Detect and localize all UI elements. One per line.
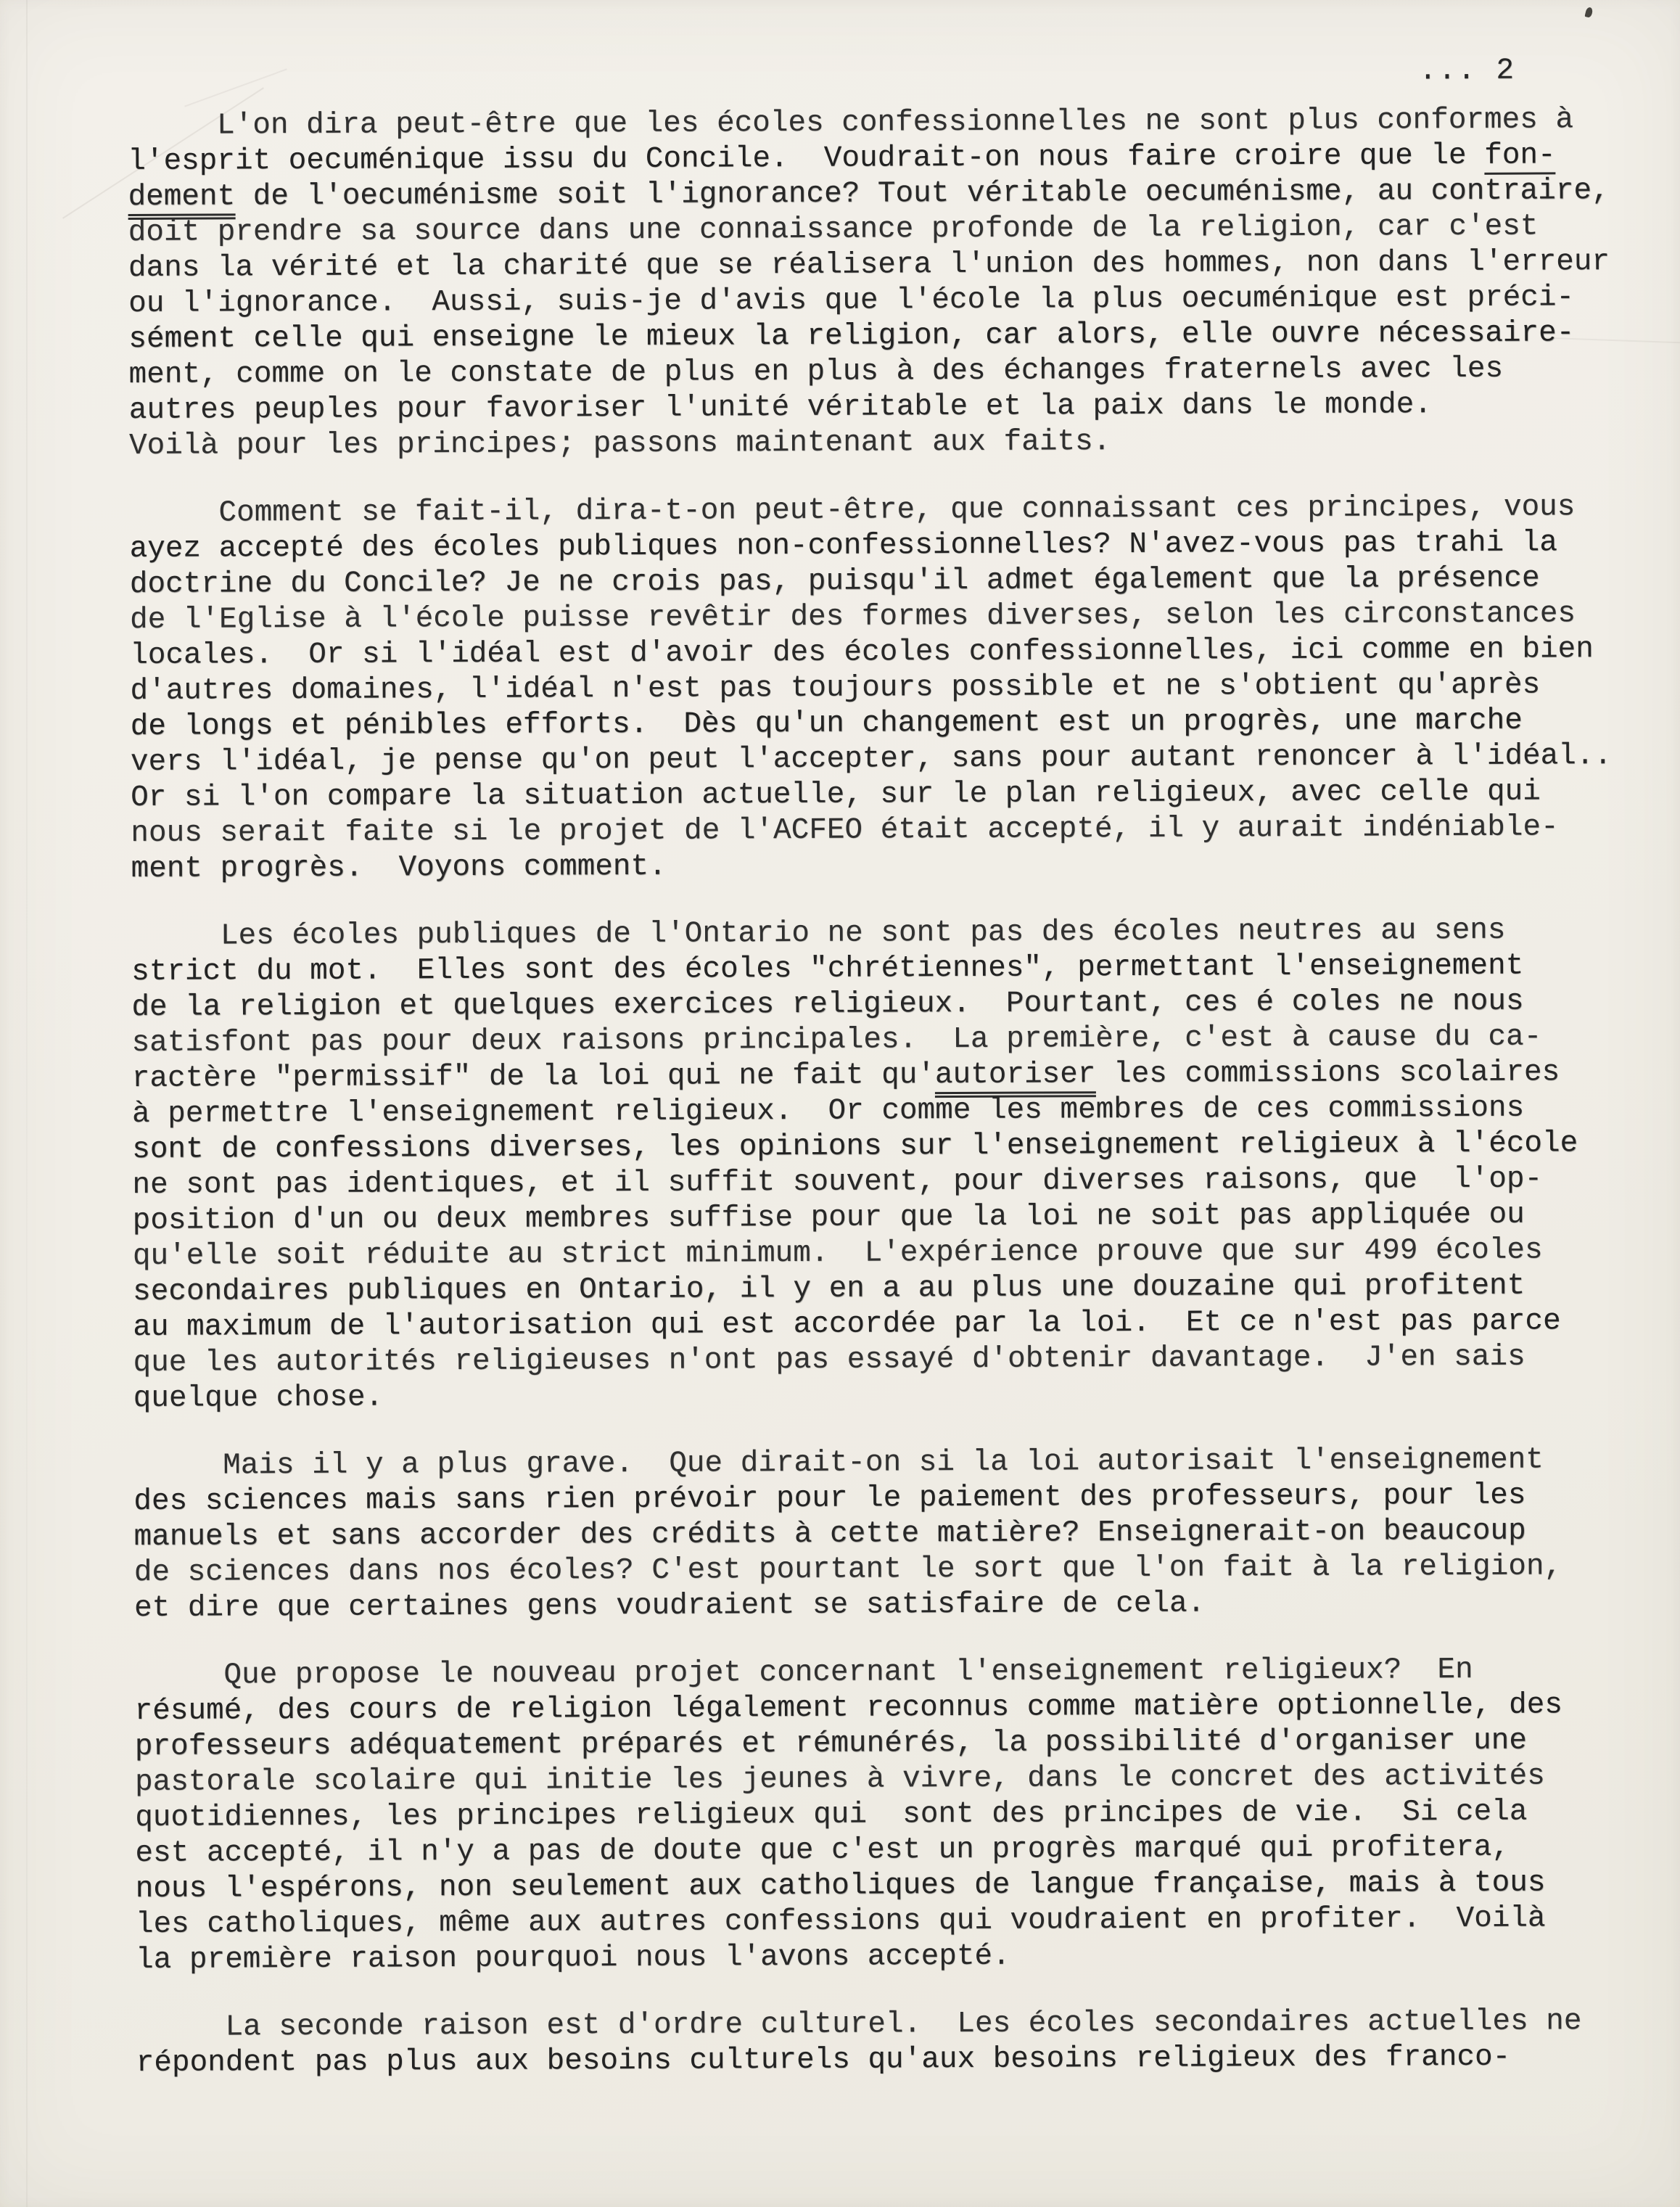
page-number: ... 2 (1419, 54, 1515, 90)
typed-line: de sciences dans nos écoles? C'est pourt… (134, 1549, 1628, 1591)
text-segment: de l'Eglise à l'école puisse revêtir des… (130, 597, 1576, 637)
text-segment: Que propose le nouveau projet concernant… (134, 1653, 1473, 1693)
underlined-text: dement (128, 180, 235, 220)
typed-line: Or si l'on compare la situation actuelle… (131, 774, 1625, 816)
text-segment: vers l'idéal, je pense qu'on peut l'acce… (131, 739, 1612, 779)
typed-line: ayez accepté des écoles publiques non-co… (130, 525, 1624, 567)
scanned-typewritten-page: ... 2 L'on dira peut-être que les écoles… (0, 0, 1680, 2207)
text-segment: doit prendre sa source dans une connaiss… (128, 210, 1539, 250)
typed-line: dement de l'oecuménisme soit l'ignorance… (128, 173, 1622, 215)
typed-line: doit prendre sa source dans une connaiss… (128, 209, 1623, 251)
paragraph: L'on dira peut-être que les écoles confe… (128, 102, 1623, 464)
text-segment: quotidiennes, les principes religieux qu… (135, 1796, 1527, 1835)
text-segment: et dire que certaines gens voudraient se… (134, 1587, 1205, 1625)
text-segment: ractère "permissif" de la loi qui ne fai… (132, 1059, 935, 1096)
paragraph: Mais il y a plus grave. Que dirait-on si… (133, 1442, 1628, 1627)
typed-line: ou l'ignorance. Aussi, suis-je d'avis qu… (128, 280, 1623, 322)
typed-line: de longs et pénibles efforts. Dès qu'un … (131, 703, 1625, 745)
text-segment: Voilà pour les principes; passons mainte… (129, 425, 1111, 463)
typed-line: satisfont pas pour deux raisons principa… (132, 1019, 1626, 1061)
text-segment: à permettre l'enseignement religieux. Or… (132, 1092, 1524, 1131)
typed-line: professeurs adéquatement préparés et rém… (135, 1723, 1629, 1765)
typed-line: Comment se fait-il, dira-t-on peut-être,… (129, 490, 1623, 532)
text-segment: la première raison pourquoi nous l'avons… (136, 1940, 1010, 1977)
typed-line: répondent pas plus aux besoins culturels… (136, 2039, 1631, 2081)
text-segment: l'esprit oecuménique issu du Concile. Vo… (128, 139, 1484, 178)
text-segment: sément celle qui enseigne le mieux la re… (128, 316, 1574, 356)
typed-line: quotidiennes, les principes religieux qu… (135, 1794, 1629, 1836)
text-segment: manuels et sans accorder des crédits à c… (133, 1515, 1525, 1554)
typed-line: secondaires publiques en Ontario, il y e… (133, 1268, 1627, 1310)
typed-line: Les écoles publiques de l'Ontario ne son… (131, 913, 1626, 955)
text-segment: dans la vérité et la charité que se réal… (128, 245, 1610, 285)
typed-line: la première raison pourquoi nous l'avons… (136, 1936, 1630, 1978)
text-segment: position d'un ou deux membres suffise po… (133, 1199, 1525, 1238)
text-segment: répondent pas plus aux besoins culturels… (136, 2041, 1511, 2080)
text-segment: au maximum de l'autorisation qui est acc… (133, 1304, 1561, 1344)
typed-line: L'on dira peut-être que les écoles confe… (128, 102, 1622, 144)
typed-line: au maximum de l'autorisation qui est acc… (133, 1304, 1627, 1346)
paragraph: La seconde raison est d'ordre culturel. … (136, 2004, 1630, 2081)
typed-line: et dire que certaines gens voudraient se… (134, 1585, 1628, 1627)
paper-crease-top-left-2 (184, 68, 287, 107)
typed-line: de la religion et quelques exercices rel… (131, 984, 1626, 1026)
typed-line: strict du mot. Elles sont des écoles "ch… (131, 948, 1626, 990)
text-segment: ayez accepté des écoles publiques non-co… (130, 526, 1558, 566)
typed-line: La seconde raison est d'ordre culturel. … (136, 2004, 1630, 2046)
typed-line: les catholiques, même aux autres confess… (136, 1901, 1630, 1943)
typed-line: ne sont pas identiques, et il suffit sou… (132, 1162, 1626, 1204)
underlined-text: fon- (1484, 139, 1556, 174)
typed-line: position d'un ou deux membres suffise po… (133, 1197, 1627, 1239)
text-segment: de sciences dans nos écoles? C'est pourt… (134, 1550, 1562, 1590)
typed-line: Mais il y a plus grave. Que dirait-on si… (133, 1442, 1628, 1484)
typed-line: pastorale scolaire qui initie les jeunes… (135, 1759, 1629, 1801)
text-segment: nous serait faite si le projet de l'ACFE… (131, 810, 1559, 850)
typed-line: ractère "permissif" de la loi qui ne fai… (132, 1055, 1626, 1097)
typed-line: ment, comme on le constate de plus en pl… (128, 351, 1623, 393)
text-segment: que les autorités religieuses n'ont pas … (133, 1341, 1525, 1380)
typed-line: Voilà pour les principes; passons mainte… (129, 422, 1623, 464)
text-segment: locales. Or si l'idéal est d'avoir des é… (130, 633, 1594, 673)
typed-line: est accepté, il n'y a pas de doute que c… (135, 1830, 1629, 1872)
text-segment: qu'elle soit réduite au strict minimum. … (133, 1234, 1543, 1273)
typed-line: qu'elle soit réduite au strict minimum. … (133, 1233, 1627, 1275)
text-segment: d'autres domaines, l'idéal n'est pas tou… (130, 669, 1540, 708)
text-segment: quelque chose. (133, 1381, 384, 1415)
paragraph: Comment se fait-il, dira-t-on peut-être,… (129, 490, 1625, 887)
typed-line: doctrine du Concile? Je ne crois pas, pu… (130, 561, 1624, 603)
text-segment: ment, comme on le constate de plus en pl… (129, 353, 1504, 392)
typed-line: vers l'idéal, je pense qu'on peut l'acce… (131, 739, 1625, 781)
typed-line: locales. Or si l'idéal est d'avoir des é… (130, 632, 1624, 674)
typed-line: quelque chose. (133, 1375, 1628, 1417)
typed-line: de l'Eglise à l'école puisse revêtir des… (130, 596, 1624, 638)
typed-line: dans la vérité et la charité que se réal… (128, 244, 1623, 287)
text-segment: autres peuples pour favoriser l'unité vé… (129, 388, 1432, 427)
text-segment: Mais il y a plus grave. Que dirait-on si… (133, 1444, 1544, 1483)
paper-crease-left (26, 0, 28, 2207)
text-segment: Les écoles publiques de l'Ontario ne son… (131, 914, 1506, 953)
typed-line: d'autres domaines, l'idéal n'est pas tou… (130, 667, 1624, 710)
text-segment: les commissions scolaires (1095, 1056, 1560, 1091)
text-segment: nous l'espérons, non seulement aux catho… (136, 1866, 1546, 1905)
text-segment: est accepté, il n'y a pas de doute que c… (135, 1831, 1510, 1870)
text-segment: résumé, des cours de religion légalement… (135, 1688, 1563, 1728)
paragraph: Les écoles publiques de l'Ontario ne son… (131, 913, 1628, 1417)
typed-line: sément celle qui enseigne le mieux la re… (128, 316, 1623, 358)
text-segment: des sciences mais sans rien prévoir pour… (133, 1479, 1525, 1518)
typed-line: des sciences mais sans rien prévoir pour… (133, 1478, 1628, 1520)
text-segment: La seconde raison est d'ordre culturel. … (136, 2005, 1581, 2044)
typed-line: nous l'espérons, non seulement aux catho… (136, 1865, 1630, 1907)
text-segment: ou l'ignorance. Aussi, suis-je d'avis qu… (128, 281, 1574, 321)
text-segment: sont de confessions diverses, les opinio… (132, 1127, 1578, 1167)
text-segment: strict du mot. Elles sont des écoles "ch… (131, 950, 1523, 989)
typed-line: ment progrès. Voyons comment. (131, 845, 1625, 887)
typed-line: Que propose le nouveau projet concernant… (134, 1652, 1628, 1694)
text-segment: professeurs adéquatement préparés et rém… (135, 1725, 1527, 1764)
text-segment: doctrine du Concile? Je ne crois pas, pu… (130, 562, 1540, 601)
text-segment: satisfont pas pour deux raisons principa… (132, 1021, 1542, 1060)
text-segment: Or si l'on compare la situation actuelle… (131, 776, 1541, 815)
ink-speck (1584, 7, 1593, 18)
text-segment: pastorale scolaire qui initie les jeunes… (135, 1759, 1545, 1799)
text-segment: de la religion et quelques exercices rel… (131, 985, 1523, 1024)
typed-line: sont de confessions diverses, les opinio… (132, 1126, 1626, 1168)
text-segment: de longs et pénibles efforts. Dès qu'un … (131, 704, 1523, 744)
typed-line: résumé, des cours de religion légalement… (135, 1688, 1629, 1730)
typed-line: manuels et sans accorder des crédits à c… (133, 1513, 1628, 1555)
text-segment: de l'oecuménisme soit l'ignorance? Tout … (235, 174, 1610, 213)
typed-line: que les autorités religieuses n'ont pas … (133, 1339, 1627, 1381)
typed-text-body: L'on dira peut-être que les écoles confe… (128, 102, 1631, 2081)
typed-line: à permettre l'enseignement religieux. Or… (132, 1090, 1626, 1133)
text-segment: ne sont pas identiques, et il suffit sou… (132, 1163, 1542, 1202)
text-segment: L'on dira peut-être que les écoles confe… (128, 103, 1573, 143)
typed-line: autres peuples pour favoriser l'unité vé… (129, 387, 1623, 429)
paragraph: Que propose le nouveau projet concernant… (134, 1652, 1630, 1978)
typed-line: l'esprit oecuménique issu du Concile. Vo… (128, 138, 1622, 180)
underlined-text: autoriser (935, 1058, 1096, 1098)
text-segment: les catholiques, même aux autres confess… (136, 1902, 1546, 1941)
typed-line: nous serait faite si le projet de l'ACFE… (131, 810, 1625, 852)
text-segment: secondaires publiques en Ontario, il y e… (133, 1270, 1525, 1309)
text-segment: Comment se fait-il, dira-t-on peut-être,… (129, 490, 1575, 530)
text-segment: ment progrès. Voyons comment. (131, 850, 666, 886)
